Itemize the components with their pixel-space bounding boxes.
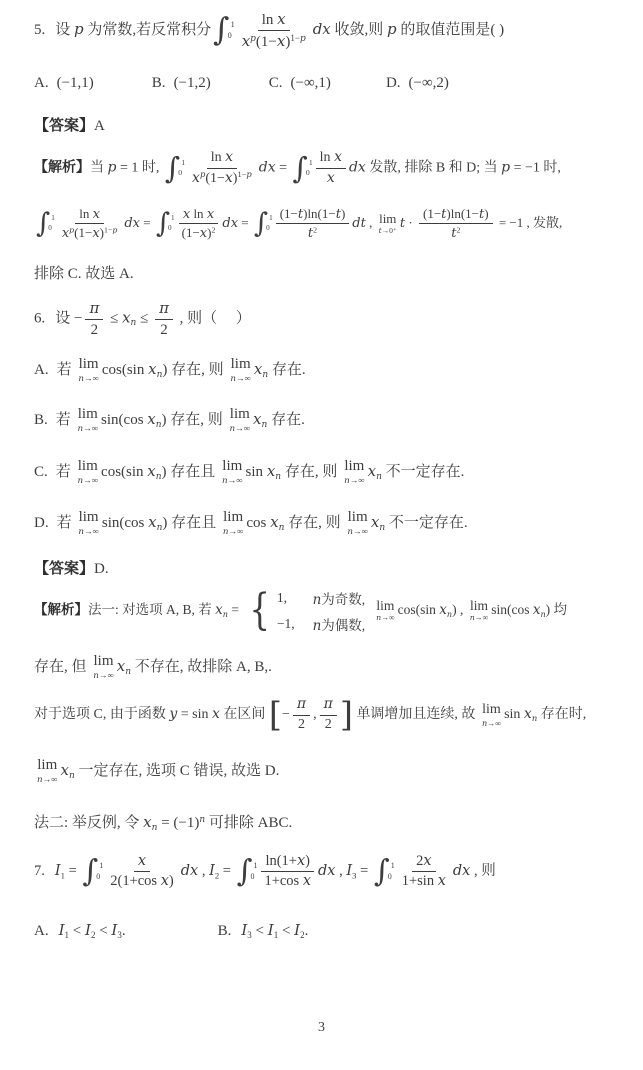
- document-body: 5.设 p 为常数,若反常积分∫10ln xxp(1−x)1−pdx 收敛,则 …: [34, 10, 631, 940]
- denominator: 1+cos x: [260, 872, 315, 890]
- text-run: 1−: [290, 33, 300, 43]
- q6-option-c: C.若 limn→∞cos(sin xn) 存在且 limn→∞sin xn 存…: [34, 459, 631, 486]
- fraction: ln(1+x)1+cos x: [260, 853, 315, 891]
- denominator: 2: [87, 320, 103, 339]
- text-run: 一定存在, 选项 C 错误, 故选 D.: [75, 763, 280, 779]
- text-run: =: [238, 215, 252, 230]
- integral-upper-limit: 1: [231, 21, 235, 29]
- text-run: ln: [262, 12, 277, 28]
- limit: limn→∞: [78, 407, 99, 434]
- limit: limn→∞: [78, 459, 99, 486]
- text-run: <: [69, 923, 85, 939]
- cases-cell: −1,: [277, 616, 295, 632]
- text-run: →∞: [43, 774, 58, 784]
- text-run: =: [140, 215, 154, 230]
- italic-variable: x: [117, 656, 125, 674]
- italic-variable: x: [270, 513, 278, 531]
- limit-word: lim: [470, 599, 488, 613]
- text-run: →∞: [235, 423, 250, 433]
- numerator: 2x: [412, 853, 435, 872]
- text-run: →∞: [84, 526, 99, 536]
- italic-variable: x: [207, 207, 214, 222]
- text-run: 存在.: [267, 412, 305, 428]
- text-run: 若: [56, 412, 75, 428]
- text-run: 发散, 排除 B 和 D; 当: [366, 161, 501, 176]
- text-run: C.: [269, 75, 283, 91]
- text-run: 1+cos: [264, 873, 302, 889]
- text-run: 2: [160, 322, 168, 338]
- integral-limits: 10: [252, 862, 256, 880]
- text-run: A.: [34, 923, 49, 939]
- denominator: xp(1−x)1−p: [238, 31, 310, 51]
- integral-lower-limit: 0: [96, 873, 100, 881]
- denominator: 2(1+cos x): [106, 872, 178, 890]
- q6-option-a: A.若 limn→∞cos(sin xn) 存在, 则 limn→∞xn 存在.: [34, 357, 631, 384]
- italic-variable: x: [215, 602, 223, 618]
- integral-upper-limit: 1: [309, 159, 313, 167]
- text-run: cos(sin: [398, 602, 440, 617]
- text-run: 2(1+cos: [110, 873, 160, 889]
- italic-variable: x: [297, 853, 305, 869]
- italic-variable: p: [112, 226, 117, 235]
- text-run: →∞: [228, 475, 243, 485]
- text-run: 为偶数,: [321, 618, 365, 633]
- italic-variable: dt: [352, 216, 366, 231]
- italic-variable: x: [267, 462, 275, 480]
- text-run: 2: [211, 226, 215, 235]
- text-run: .: [122, 923, 126, 939]
- italic-variable: p: [74, 20, 84, 38]
- integral: ∫10: [293, 156, 312, 181]
- limit: limn→∞: [376, 599, 394, 622]
- italic-variable: π: [89, 299, 99, 317]
- italic-variable: x: [277, 10, 285, 28]
- text-run: 可排除 ABC.: [205, 815, 292, 831]
- text-run: cos(sin: [102, 362, 148, 378]
- italic-variable: x: [143, 813, 151, 831]
- integral-limits: 10: [390, 862, 394, 880]
- text-run: ,: [335, 863, 346, 879]
- denominator: 2: [294, 716, 309, 734]
- limit-subscript: n→∞: [376, 614, 394, 622]
- text-run: )ln(1−: [446, 206, 479, 221]
- limit-word: lim: [79, 510, 99, 525]
- text-run: B.: [218, 923, 232, 939]
- document-page: 5.设 p 为常数,若反常积分∫10ln xxp(1−x)1−pdx 收敛,则 …: [0, 0, 643, 1070]
- fraction: x ln x(1−x)2: [178, 206, 220, 242]
- text-run: ): [484, 206, 488, 221]
- q6-analysis-3: 对于选项 C, 由于函数 y = sin x 在区间 [−π2,π2] 单调增加…: [34, 696, 631, 734]
- limit-subscript: n→∞: [78, 527, 99, 537]
- spacer: [48, 475, 56, 476]
- denominator: t2: [447, 224, 464, 242]
- text-run: sin(cos: [102, 515, 148, 531]
- limit: limn→∞: [347, 510, 368, 537]
- q6-answer: 【答案】D.: [34, 557, 631, 578]
- italic-variable: x: [161, 873, 169, 889]
- fraction: 2x1+sin x: [398, 853, 450, 891]
- spacer: [45, 874, 55, 875]
- text-run: ) ,: [452, 602, 467, 617]
- text-run: −1,: [277, 616, 295, 631]
- text-run: ln: [211, 150, 225, 165]
- italic-variable: x: [303, 873, 311, 889]
- integral-lower-limit: 0: [306, 169, 310, 177]
- fraction: x2(1+cos x): [106, 853, 178, 891]
- text-run: ≤: [106, 310, 122, 326]
- fraction: π2: [85, 299, 103, 339]
- integral-lower-limit: 0: [250, 873, 254, 881]
- italic-variable: x: [524, 706, 532, 722]
- cases-group: {1,n为奇数,−1,n为偶数,: [246, 588, 365, 634]
- integral: ∫10: [237, 859, 257, 885]
- q6-analysis-2: 存在, 但 limn→∞xn 不存在, 故排除 A, B,.: [34, 654, 631, 681]
- text-run: 5.: [34, 22, 45, 38]
- italic-variable: n: [313, 592, 322, 608]
- italic-variable: x: [138, 853, 146, 869]
- limit-subscript: n→∞: [347, 527, 368, 537]
- spacer: [49, 86, 57, 87]
- cases-cell: 1,: [277, 590, 295, 606]
- superscript: 2: [211, 226, 215, 235]
- text-run: →∞: [83, 475, 98, 485]
- fraction: π2: [155, 299, 173, 339]
- italic-variable: dx: [259, 160, 276, 176]
- q5-options: A.(−1,1)B.(−1,2)C.(−∞,1)D.(−∞,2): [34, 75, 631, 92]
- limit-word: lim: [348, 510, 368, 525]
- text-run: ) 存在且: [162, 464, 220, 480]
- text-run: 法一: 对选项 A, B, 若: [88, 602, 215, 617]
- limit: limn→∞: [78, 357, 99, 384]
- superscript: 1−p: [104, 226, 117, 235]
- superscript: 2: [313, 226, 317, 235]
- superscript: 2: [456, 226, 460, 235]
- text-run: A: [94, 118, 105, 134]
- text-run: ln: [79, 206, 92, 221]
- text-run: (−∞,1): [291, 75, 331, 91]
- italic-variable: n: [313, 618, 322, 634]
- denominator: xp(1−x)1−p: [58, 224, 122, 242]
- text-run: →∞: [353, 526, 368, 536]
- text-run: 7.: [34, 863, 45, 879]
- bold-label: 【答案】: [34, 118, 94, 134]
- text-run: ) 均: [546, 602, 567, 617]
- italic-variable: x: [327, 170, 335, 186]
- denominator: 1+sin x: [398, 872, 450, 890]
- denominator: (1−x)2: [178, 224, 220, 242]
- limit-word: lim: [231, 357, 251, 372]
- integral: ∫10: [156, 212, 174, 235]
- italic-variable: x: [438, 873, 446, 889]
- spacer: [331, 86, 386, 87]
- limit: limn→∞: [78, 510, 99, 537]
- text-run: (−1,2): [174, 75, 211, 91]
- integral-upper-limit: 1: [51, 215, 55, 222]
- integral-upper-limit: 1: [269, 215, 273, 222]
- text-run: D.: [94, 561, 109, 577]
- integral: ∫10: [82, 859, 102, 885]
- limit: limn→∞: [344, 459, 365, 486]
- spacer: [48, 423, 56, 424]
- text-run: ln: [320, 150, 334, 165]
- limit-word: lim: [344, 459, 364, 474]
- spacer: [231, 934, 241, 935]
- text-run: (1−: [205, 171, 225, 186]
- limit: limn→∞: [230, 357, 251, 384]
- integral-lower-limit: 0: [178, 169, 182, 177]
- limit: limt→0⁺: [379, 212, 397, 235]
- text-run: ln(1+: [265, 853, 297, 869]
- limit-subscript: n→∞: [230, 424, 251, 434]
- integral-lower-limit: 0: [228, 32, 232, 40]
- text-run: sin(cos: [101, 412, 147, 428]
- numerator: x: [134, 853, 150, 872]
- integral-limits: 10: [170, 215, 174, 231]
- text-run: A.: [34, 362, 49, 378]
- integral-limits: 10: [98, 862, 102, 880]
- italic-variable: dx: [181, 863, 198, 879]
- text-run: 2: [313, 226, 317, 235]
- italic-variable: x: [225, 149, 233, 165]
- limit-subscript: n→∞: [344, 476, 365, 486]
- bold-label: 【解析】: [34, 161, 90, 176]
- spacer: [283, 86, 291, 87]
- text-run: = −1 时,: [510, 161, 561, 176]
- text-run: 设 −: [55, 310, 82, 326]
- text-run: 不存在, 故排除 A, B,.: [131, 658, 272, 674]
- text-run: →∞: [236, 373, 251, 383]
- text-run: .: [305, 923, 309, 939]
- italic-variable: dx: [318, 863, 335, 879]
- numerator: ln x: [207, 149, 237, 169]
- text-run: (1−: [256, 34, 277, 50]
- text-run: <: [95, 923, 111, 939]
- italic-variable: x: [368, 462, 376, 480]
- limit-subscript: n→∞: [78, 424, 99, 434]
- italic-variable: p: [501, 160, 510, 176]
- text-run: sin: [504, 707, 524, 722]
- text-run: =: [219, 863, 234, 879]
- q6-option-d: D.若 limn→∞sin(cos xn) 存在且 limn→∞cos xn 存…: [34, 510, 631, 537]
- italic-variable: p: [300, 34, 306, 44]
- numerator: π: [85, 299, 103, 320]
- text-run: cos(sin: [101, 464, 147, 480]
- text-run: 不一定存在.: [382, 464, 465, 480]
- limit-subscript: n→∞: [78, 476, 99, 486]
- text-run: →∞: [350, 475, 365, 485]
- italic-variable: x: [147, 462, 155, 480]
- numerator: ln x: [258, 10, 290, 31]
- numerator: π: [155, 299, 173, 320]
- text-run: = sin: [177, 707, 212, 722]
- text-run: D.: [34, 515, 49, 531]
- limit-subscript: n→∞: [222, 476, 243, 486]
- text-run: 若: [57, 362, 76, 378]
- limit: limn→∞: [223, 510, 244, 537]
- q5-stem: 5.设 p 为常数,若反常积分∫10ln xxp(1−x)1−pdx 收敛,则 …: [34, 10, 631, 51]
- limit-subscript: t→0⁺: [379, 227, 397, 235]
- text-run: 存在, 则: [284, 515, 344, 531]
- text-run: 2: [456, 226, 460, 235]
- integral-lower-limit: 0: [48, 225, 52, 232]
- text-run: 若: [57, 515, 76, 531]
- text-run: →∞: [83, 423, 98, 433]
- fraction: π2: [320, 696, 337, 734]
- big-bracket: ]: [340, 696, 353, 735]
- spacer: [45, 321, 55, 322]
- text-run: ≤: [136, 310, 152, 326]
- italic-variable: x: [439, 602, 447, 618]
- text-run: 2: [325, 717, 332, 732]
- text-run: ) 存在且: [162, 515, 220, 531]
- limit-subscript: n→∞: [223, 527, 244, 537]
- text-run: →∞: [381, 613, 394, 622]
- limit-word: lim: [94, 654, 114, 669]
- text-run: ,: [313, 707, 317, 722]
- text-run: ·: [405, 215, 416, 230]
- q7-options: A.I1 < I2 < I3.B.I3 < I1 < I2.: [34, 921, 631, 940]
- limit-word: lim: [222, 459, 242, 474]
- limit-word: lim: [78, 407, 98, 422]
- italic-variable: dx: [124, 216, 140, 231]
- text-run: 2: [91, 322, 99, 338]
- limit-subscript: n→∞: [470, 614, 488, 622]
- integral-upper-limit: 1: [253, 862, 257, 870]
- integral: ∫10: [254, 212, 272, 235]
- text-run: →∞: [228, 526, 243, 536]
- italic-variable: π: [324, 696, 333, 712]
- limit-word: lim: [482, 703, 501, 717]
- text-run: <: [278, 923, 294, 939]
- denominator: 2: [156, 320, 172, 339]
- integral-limits: 10: [230, 21, 234, 40]
- text-run: 为常数,若反常积分: [84, 22, 212, 38]
- integral-limits: 10: [268, 215, 272, 231]
- text-run: ): [305, 853, 310, 869]
- numerator: ln x: [75, 206, 104, 225]
- limit-word: lim: [223, 510, 243, 525]
- text-run: (1−: [280, 206, 298, 221]
- text-run: 的取值范围是( ): [397, 22, 505, 38]
- numerator: π: [293, 696, 310, 716]
- text-run: 对于选项 C, 由于函数: [34, 707, 169, 722]
- integral: ∫10: [165, 156, 184, 181]
- integral-upper-limit: 1: [99, 862, 103, 870]
- text-run: =: [65, 863, 80, 879]
- text-run: ln: [190, 206, 207, 221]
- q6-analysis-1: 【解析】法一: 对选项 A, B, 若 xn = {1,n为奇数,−1,n为偶数…: [34, 588, 631, 634]
- cases-cell: n为偶数,: [313, 614, 366, 634]
- limit-subscript: n→∞: [78, 374, 99, 384]
- text-run: 存在, 则: [281, 464, 341, 480]
- limit: limn→∞: [37, 758, 58, 785]
- italic-variable: x: [225, 170, 233, 186]
- superscript: 1−p: [237, 170, 251, 179]
- text-run: 存在.: [268, 362, 306, 378]
- q5-analysis-1: 【解析】当 p = 1 时, ∫10ln xxp(1−x)1−pdx = ∫10…: [34, 149, 631, 188]
- italic-variable: p: [246, 169, 251, 179]
- text-run: (1−: [74, 225, 92, 240]
- text-run: sin: [246, 464, 267, 480]
- italic-variable: x: [242, 32, 250, 50]
- text-run: (−1,1): [57, 75, 94, 91]
- limit-word: lim: [78, 459, 98, 474]
- page-number: 3: [0, 1020, 643, 1036]
- text-run: (−∞,2): [409, 75, 449, 91]
- q5-conclusion: 排除 C. 故选 A.: [34, 262, 631, 283]
- limit-word: lim: [376, 599, 394, 613]
- limit: limn→∞: [222, 459, 243, 486]
- text-run: →∞: [475, 613, 488, 622]
- numerator: ln(1+x): [261, 853, 314, 872]
- fraction: ln xx: [316, 149, 346, 188]
- italic-variable: x: [122, 308, 130, 326]
- text-run: 存在时,: [537, 707, 586, 722]
- text-run: C.: [34, 464, 48, 480]
- integral-upper-limit: 1: [171, 215, 175, 222]
- text-run: ) 存在, 则: [162, 412, 227, 428]
- bold-label: 【解析】: [34, 602, 88, 617]
- text-run: 1,: [277, 590, 287, 605]
- text-run: = −1 , 发散,: [496, 215, 563, 230]
- limit-subscript: n→∞: [93, 671, 114, 681]
- integral-limits: 10: [308, 159, 312, 177]
- text-run: cos: [246, 515, 270, 531]
- spacer: [49, 526, 57, 527]
- text-run: ): [341, 206, 345, 221]
- text-run: =: [228, 602, 242, 617]
- fraction: ln xxp(1−x)1−p: [188, 149, 256, 188]
- text-run: , 则（ ）: [176, 310, 251, 326]
- spacer: [49, 934, 59, 935]
- q6-option-b: B.若 limn→∞sin(cos xn) 存在, 则 limn→∞xn 存在.: [34, 407, 631, 434]
- text-run: =: [276, 161, 291, 176]
- italic-variable: dx: [349, 160, 366, 176]
- text-run: 若: [56, 464, 75, 480]
- text-run: 6.: [34, 310, 45, 326]
- integral-limits: 10: [50, 215, 54, 231]
- italic-variable: x: [192, 170, 200, 186]
- text-run: 2: [298, 717, 305, 732]
- integral-upper-limit: 1: [181, 159, 185, 167]
- integral-lower-limit: 0: [168, 225, 172, 232]
- denominator: xp(1−x)1−p: [188, 169, 256, 188]
- text-run: 存在, 但: [34, 658, 90, 674]
- numerator: (1−t)ln(1−t): [276, 206, 350, 225]
- integral-upper-limit: 1: [391, 862, 395, 870]
- big-bracket: [: [269, 696, 282, 735]
- left-brace: {: [250, 593, 271, 628]
- italic-variable: π: [297, 696, 306, 712]
- text-run: =: [356, 863, 371, 879]
- cases-rows: 1,n为奇数,−1,n为偶数,: [277, 588, 365, 634]
- q6-stem: 6.设 −π2 ≤ xn ≤ π2 , 则（ ）: [34, 299, 631, 339]
- text-run: ,: [366, 215, 376, 230]
- denominator: x: [323, 169, 339, 188]
- q5-answer: 【答案】A: [34, 114, 631, 135]
- text-run: 不一定存在.: [385, 515, 468, 531]
- integral-limits: 10: [180, 159, 184, 177]
- text-run: ) 存在, 则: [162, 362, 227, 378]
- italic-variable: x: [93, 207, 100, 222]
- integral-lower-limit: 0: [266, 225, 270, 232]
- superscript: 1−p: [290, 33, 305, 43]
- text-run: <: [252, 923, 268, 939]
- numerator: x ln x: [179, 206, 218, 225]
- integral: ∫10: [36, 212, 54, 235]
- q7-stem: 7.I1 = ∫10x2(1+cos x)dx , I2 = ∫10ln(1+x…: [34, 853, 631, 891]
- limit-subscript: n→∞: [482, 719, 501, 728]
